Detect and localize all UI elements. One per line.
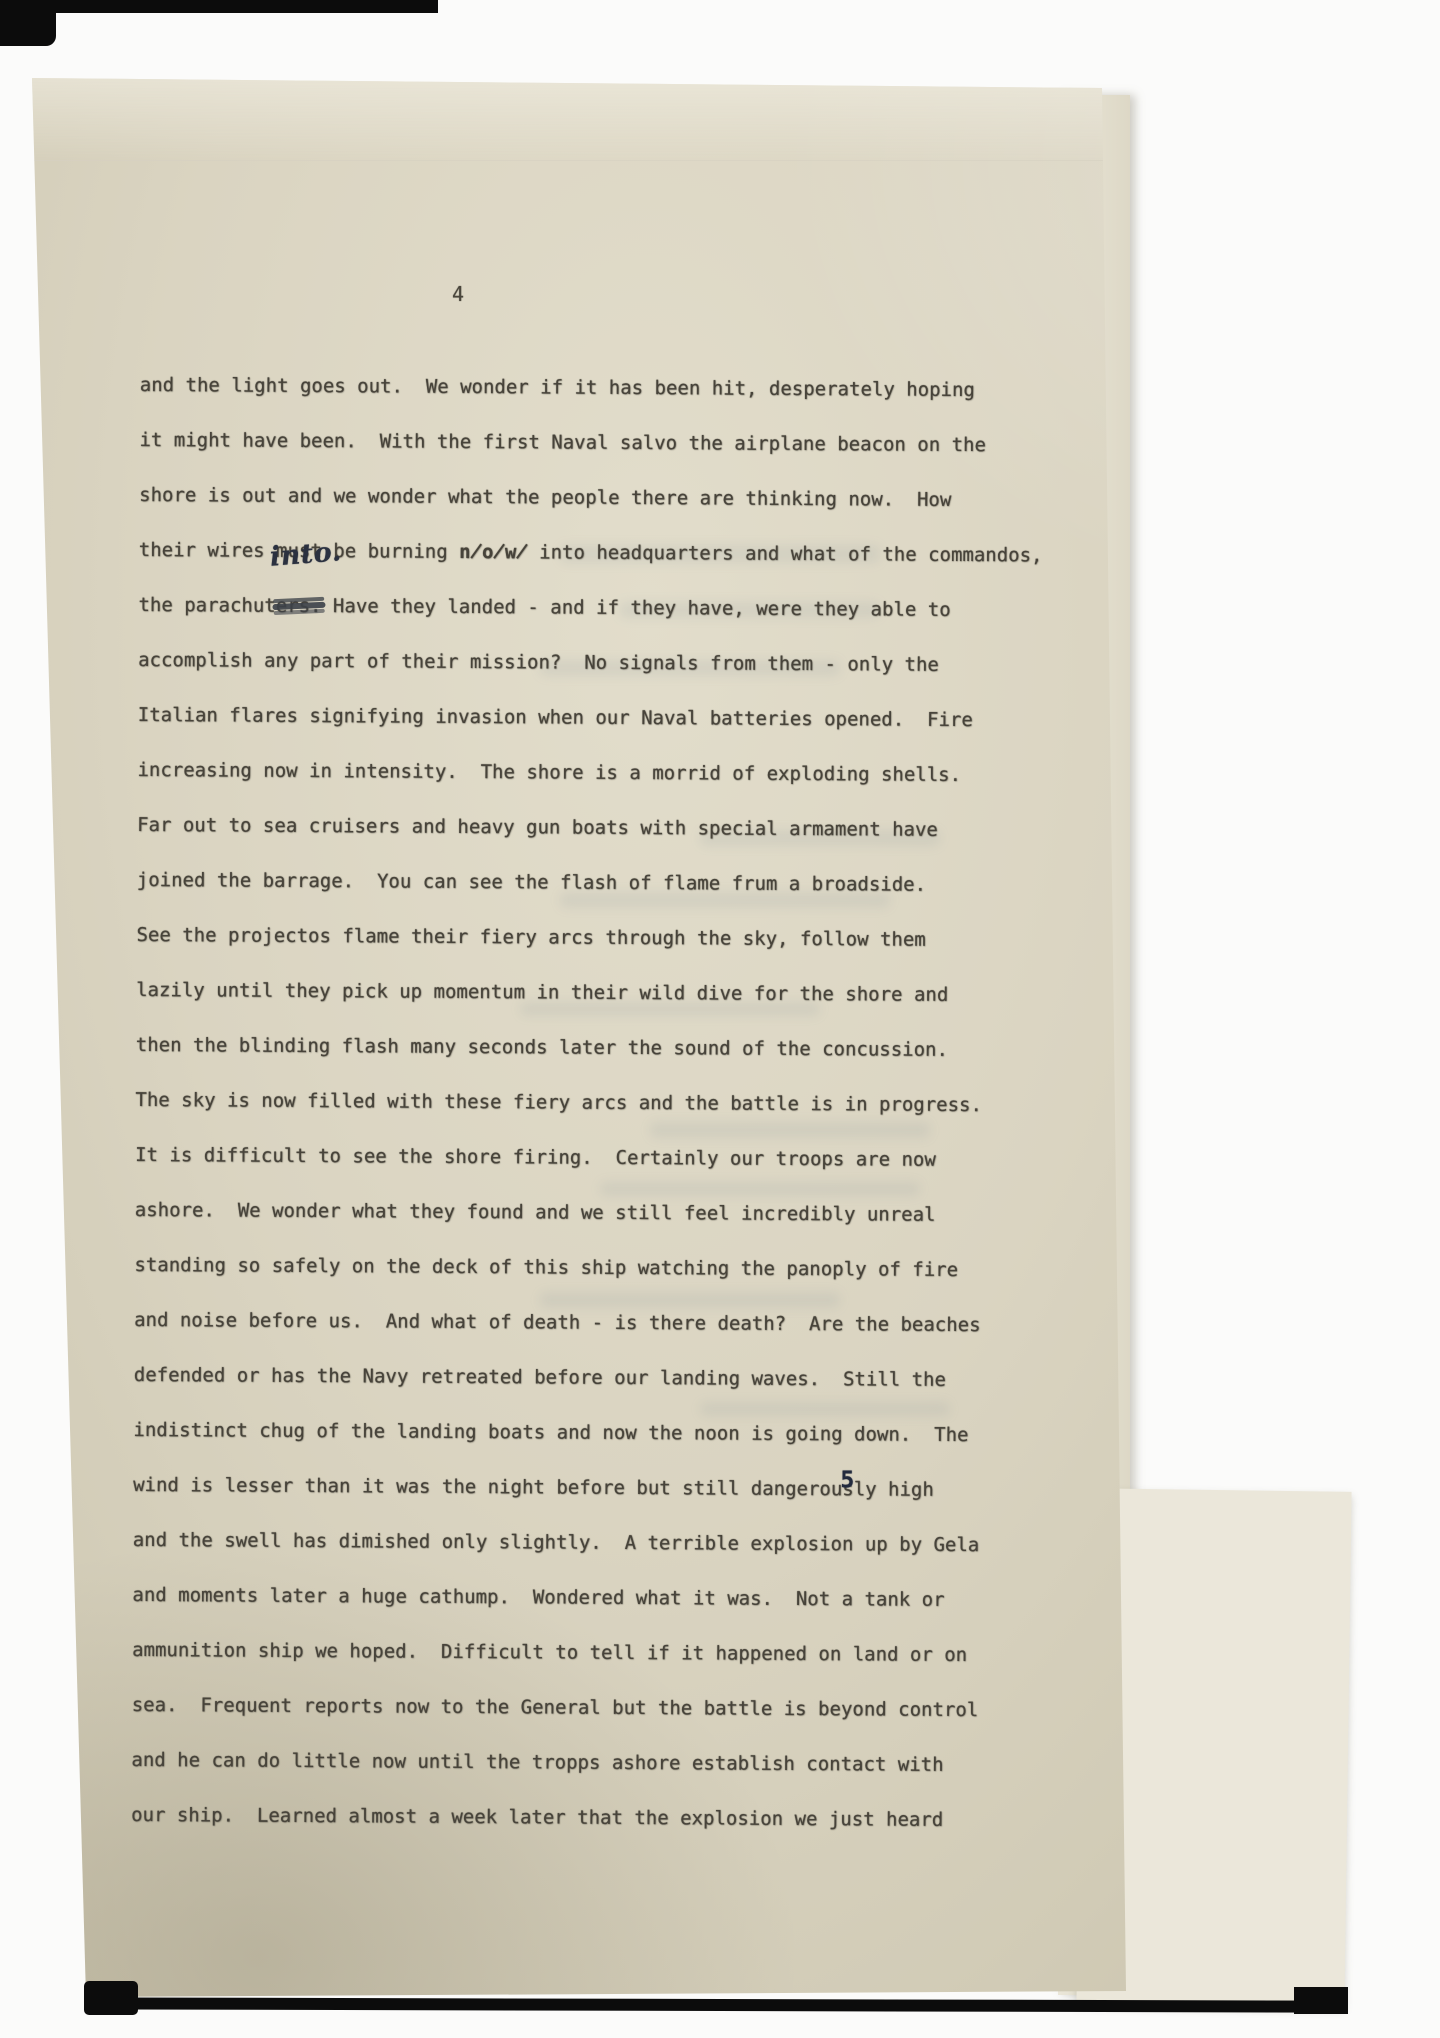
- typed-text: and the light goes out. We wonder if it …: [131, 358, 1030, 1848]
- scanner-edge-mark-bottom-right: [1294, 1987, 1348, 2014]
- text-segment-plain: Far out to sea cruisers and heavy gun bo…: [137, 814, 938, 841]
- text-segment-plain: See the projectos flame their fiery arcs…: [136, 924, 925, 951]
- scanner-edge-mark-bottom-left: [84, 1981, 138, 2015]
- handwritten-correction: into.: [269, 538, 343, 571]
- text-segment-plain: Italian flares signifying invasion when …: [138, 704, 973, 731]
- scanner-edge-mark-top-left: [0, 0, 56, 46]
- text-line: Far out to sea cruisers and heavy gun bo…: [137, 798, 1027, 858]
- text-line: ashore. We wonder what they found and we…: [135, 1183, 1025, 1243]
- text-segment-plain: defended or has the Navy retreated befor…: [134, 1364, 946, 1391]
- text-segment-plain: and moments later a huge cathump. Wonder…: [132, 1584, 944, 1611]
- text-segment-plain: indistinct chug of the landing boats and…: [133, 1419, 968, 1446]
- text-line: See the projectos flame their fiery arcs…: [136, 908, 1026, 968]
- text-segment-plain: and the light goes out. We wonder if it …: [140, 374, 975, 401]
- scanner-edge-mark-bottom: [88, 1997, 1344, 2012]
- scanned-document-screenshot: { "document": { "type": "scanned-typescr…: [0, 0, 1440, 2038]
- text-line: Italian flares signifying invasion when …: [138, 688, 1028, 748]
- text-line: ammunition ship we hoped. Difficult to t…: [132, 1623, 1022, 1683]
- text-segment-plain: joined the barrage. You can see the flas…: [137, 869, 926, 896]
- scanner-edge-mark-top: [0, 0, 438, 13]
- text-line: accomplish any part of their mission? No…: [138, 633, 1028, 693]
- text-segment-slash-struck: n̸o̸w̸: [459, 541, 528, 563]
- text-line: our ship. Learned almost a week later th…: [131, 1788, 1021, 1848]
- text-line: the parachuters.into. Have they landed -…: [138, 578, 1028, 638]
- text-segment-plain: the parachut: [138, 594, 275, 617]
- page-number: 4: [452, 282, 464, 306]
- text-line: It is difficult to see the shore firing.…: [135, 1128, 1025, 1188]
- text-segment-overtype: s5: [842, 1462, 854, 1517]
- text-segment-plain: shore is out and we wonder what the peop…: [139, 484, 951, 511]
- text-segment-plain: and he can do little now until the tropp…: [131, 1749, 943, 1776]
- text-segment-plain: Have they landed - and if they have, wer…: [321, 595, 950, 621]
- text-segment-plain: lazily until they pick up momentum in th…: [136, 979, 948, 1006]
- text-segment-scribble-struck: ers.into.: [276, 579, 322, 634]
- text-segment-plain: into headquarters and what of the comman…: [528, 541, 1043, 566]
- text-line: joined the barrage. You can see the flas…: [137, 853, 1027, 913]
- text-line: then the blinding flash many seconds lat…: [136, 1018, 1026, 1078]
- overtyped-numeral: 5: [840, 1469, 854, 1492]
- text-segment-plain: ammunition ship we hoped. Difficult to t…: [132, 1639, 967, 1666]
- text-line: and noise before us. And what of death -…: [134, 1293, 1024, 1353]
- text-segment-plain: it might have been. With the first Naval…: [139, 429, 986, 456]
- text-segment-plain: then the blinding flash many seconds lat…: [136, 1034, 948, 1061]
- text-segment-plain: increasing now in intensity. The shore i…: [137, 759, 961, 786]
- text-line: increasing now in intensity. The shore i…: [137, 743, 1027, 803]
- text-line: and moments later a huge cathump. Wonder…: [132, 1568, 1022, 1628]
- paper-top-crease: [28, 76, 1108, 161]
- text-segment-plain: and noise before us. And what of death -…: [134, 1309, 981, 1336]
- text-line: indistinct chug of the landing boats and…: [133, 1403, 1023, 1463]
- text-line: wind is lesser than it was the night bef…: [133, 1458, 1023, 1518]
- text-line: The sky is now filled with these fiery a…: [135, 1073, 1025, 1133]
- text-line: standing so safely on the deck of this s…: [134, 1238, 1024, 1298]
- text-segment-plain: and the swell has dimished only slightly…: [133, 1529, 980, 1556]
- text-segment-plain: ashore. We wonder what they found and we…: [135, 1199, 936, 1226]
- text-segment-plain: standing so safely on the deck of this s…: [134, 1254, 958, 1281]
- text-line: and the light goes out. We wonder if it …: [140, 358, 1030, 418]
- text-segment-plain: wind is lesser than it was the night bef…: [133, 1474, 842, 1500]
- text-segment-plain: accomplish any part of their mission? No…: [138, 649, 939, 676]
- text-line: and he can do little now until the tropp…: [131, 1733, 1021, 1793]
- text-line: sea. Frequent reports now to the General…: [132, 1678, 1022, 1738]
- text-segment-plain: ly high: [854, 1478, 934, 1500]
- text-segment-plain: our ship. Learned almost a week later th…: [131, 1804, 943, 1831]
- text-line: lazily until they pick up momentum in th…: [136, 963, 1026, 1023]
- text-line: shore is out and we wonder what the peop…: [139, 468, 1029, 528]
- text-line: it might have been. With the first Naval…: [139, 413, 1029, 473]
- text-line: and the swell has dimished only slightly…: [133, 1513, 1023, 1573]
- text-segment-plain: It is difficult to see the shore firing.…: [135, 1144, 936, 1171]
- text-line: defended or has the Navy retreated befor…: [134, 1348, 1024, 1408]
- text-segment-plain: sea. Frequent reports now to the General…: [132, 1694, 979, 1721]
- text-segment-plain: The sky is now filled with these fiery a…: [135, 1089, 982, 1116]
